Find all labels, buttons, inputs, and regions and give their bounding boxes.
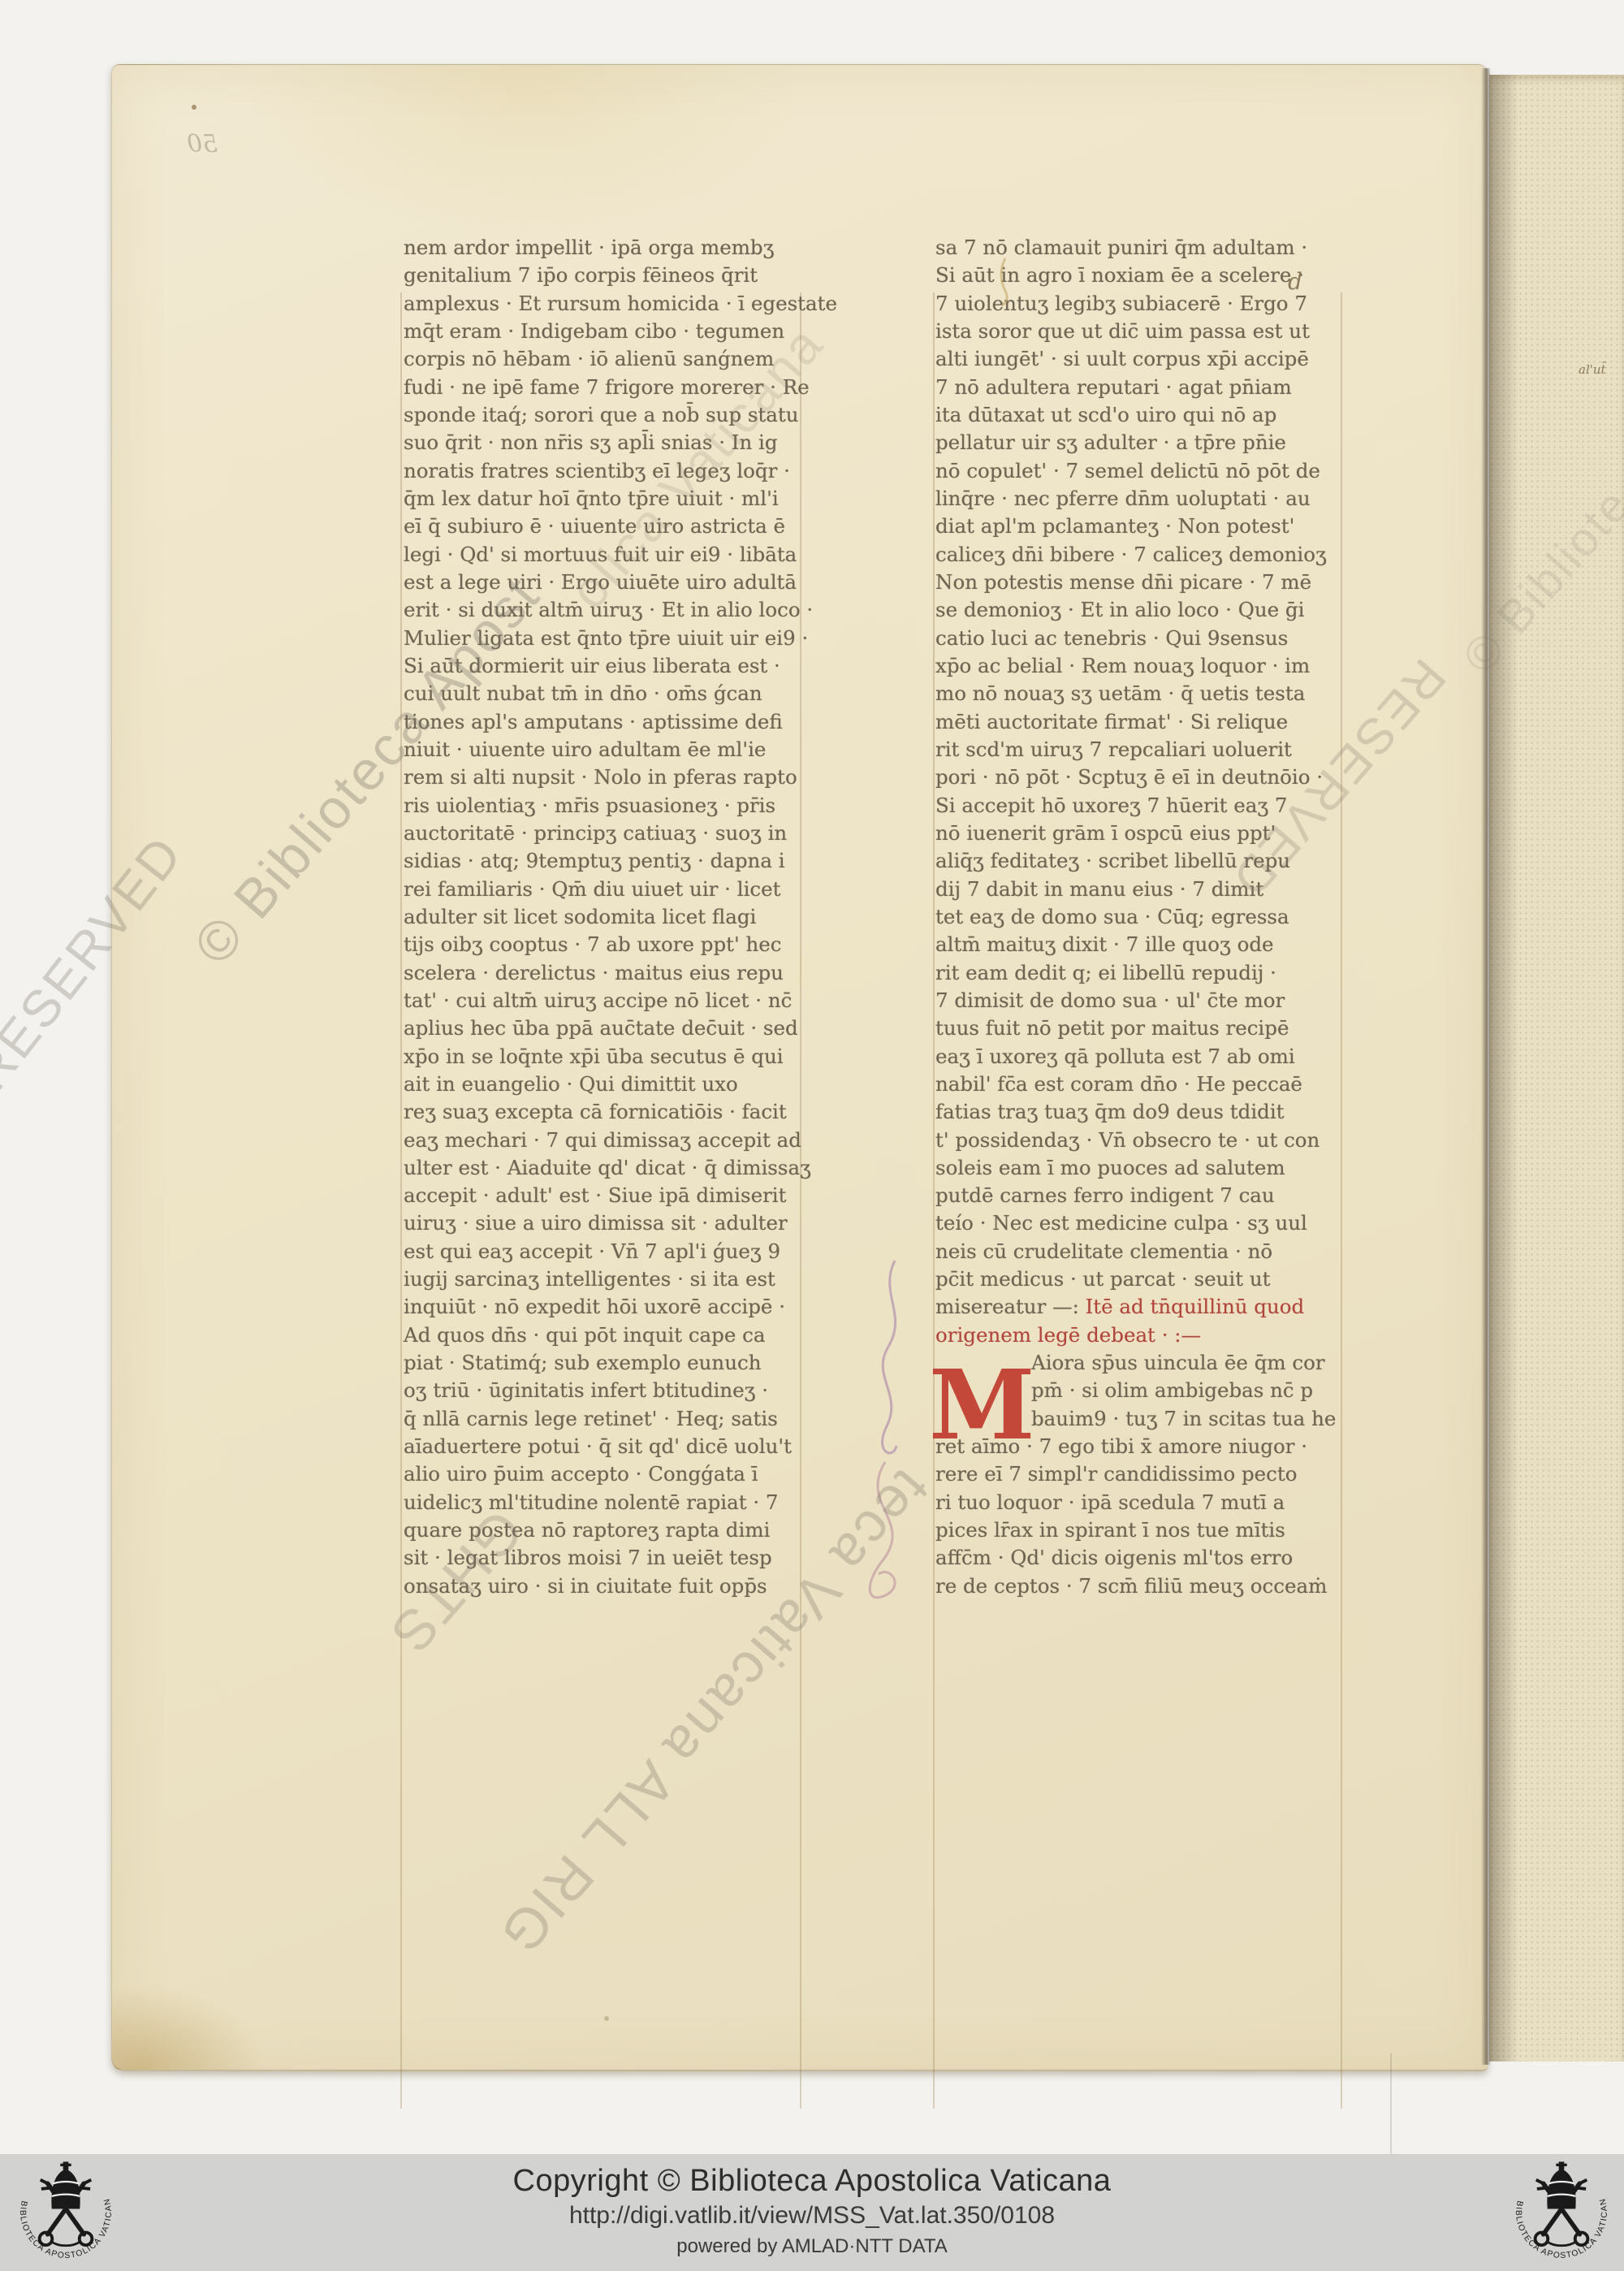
manuscript-text-line: corpis nō hēbam · iō alienū sanǵnem [404, 345, 830, 373]
manuscript-text-line: rit eam dedit q; ei libellū repudij · [935, 959, 1354, 987]
book-gutter-shadow [1481, 68, 1491, 2065]
manuscript-text-line: tet eaʒ de domo sua · Cūq; egressa [935, 903, 1354, 931]
manuscript-text-line: diat apl'm pclamanteʒ · Non potest' [935, 513, 1354, 540]
manuscript-text-line: pc̄it medicus · ut parcat · seuit ut [935, 1265, 1354, 1293]
manuscript-text-line: rere eī 7 simpl'r candidissimo pecto [935, 1460, 1354, 1488]
manuscript-text-line: catio luci ac tenebris · Qui 9sensus [935, 625, 1354, 652]
manuscript-text-line: soleis eam ī mo puoces ad salutem [935, 1154, 1354, 1182]
quire-signature-mark: d [1288, 268, 1302, 295]
manuscript-text-line: q̄ nllā carnis lege retinet' · Heq; sati… [404, 1405, 830, 1433]
manuscript-text-line: ri tuo loquor · ipā scedula 7 mutī a [935, 1489, 1354, 1516]
manuscript-text-line: quare postea nō raptoreʒ rapta dimi [404, 1516, 830, 1544]
manuscript-text-line: sit · legat libros moisi 7 in ueiēt tesp [404, 1544, 830, 1572]
manuscript-text-line: suo q̄rit · non nr̄is sʒ apl̄i snias · I… [404, 429, 830, 456]
manuscript-text-line: onsataʒ uiro · si in ciuitate fuit opp̄s [404, 1572, 830, 1600]
manuscript-text-line: genitalium 7 ip̄o corpis fēineos q̄rit [404, 262, 830, 289]
rubricated-initial-M: M [929, 1355, 1023, 1460]
manuscript-text-line: xp̄o ac belial · Rem nouaʒ loquor · im [935, 652, 1354, 680]
manuscript-text-line: fatias traʒ tuaʒ q̄m do9 deus tdidit [935, 1098, 1354, 1126]
manuscript-text-line: uiruʒ · siue a uiro dimissa sit · adulte… [404, 1209, 830, 1237]
ruling-line [933, 292, 935, 2109]
manuscript-text-line: erit · si duxit altm̄ uiruʒ · Et in alio… [404, 596, 830, 624]
manuscript-text-line: 7 nō adultera reputari · agat pn̄iam [935, 374, 1354, 401]
footer-url: http://digi.vatlib.it/view/MSS_Vat.lat.3… [0, 2199, 1624, 2230]
manuscript-text-line: accepit · adult' est · Siue ipā dimiseri… [404, 1182, 830, 1209]
manuscript-text-line: ait in euangelio · Qui dimittit uxo [404, 1071, 830, 1098]
manuscript-text-line: rem si alti nupsit · Nolo in pferas rapt… [404, 763, 830, 791]
manuscript-text-line: altm̄ maituʒ dixit · 7 ille quoʒ ode [935, 931, 1354, 958]
manuscript-text-line: uidelicʒ ml'titudine nolentē rapiat · 7 [404, 1489, 830, 1516]
manuscript-text-line: auctoritatē · principʒ catiuaʒ · suoʒ in [404, 820, 830, 847]
manuscript-text-line: Si accepit hō uxoreʒ 7 hūerit eaʒ 7 [935, 792, 1354, 820]
manuscript-text-line: teío · Nec est medicine culpa · sʒ uul [935, 1209, 1354, 1237]
manuscript-text-line: inquiūt · nō expedit hōi uxorē accipē · [404, 1293, 830, 1321]
manuscript-text-line: alio uiro p̄uim accepto · Congǵata ī [404, 1460, 830, 1488]
manuscript-text-line: nō iuenerit grām ī ospcū eius ppt' [935, 820, 1354, 847]
manuscript-text-line: cui uult nubat tm̄ in dn̄o · om̄s ǵcan [404, 680, 830, 707]
manuscript-text-line: tuus fuit nō petit por maitus recipē [935, 1014, 1354, 1042]
footer-powered-by: powered by AMLAD·NTT DATA [0, 2230, 1624, 2258]
manuscript-text-line: ulter est · Aiaduite qd' dicat · q̄ dimi… [404, 1154, 830, 1182]
footer-copyright: Copyright © Biblioteca Apostolica Vatica… [0, 2154, 1624, 2199]
manuscript-text-line: Ad quos dn̄s · qui pōt inquit cape ca [404, 1322, 830, 1349]
manuscript-text-line: nem ardor impellit · ipā orga membʒ [404, 234, 830, 262]
vatican-library-logo-left: BIBLIOTECA APOSTOLICA VATICANA [11, 2157, 120, 2268]
manuscript-text-line: mo nō nouaʒ sʒ uetām · q̄ uetis testa [935, 680, 1354, 707]
manuscript-text-line: iugij sarcinaʒ intelligentes · si ita es… [404, 1265, 830, 1293]
rubric-text: origenem legē debeat · :— [935, 1323, 1201, 1347]
manuscript-text-line: Non potestis mense dn̄i picare · 7 mē [935, 569, 1354, 596]
manuscript-text-line: legi · Qd' si mortuus fuit uir ei9 · lib… [404, 541, 830, 569]
digitized-manuscript-scan: nem ardor impellit · ipā orga membʒgenit… [0, 0, 1624, 2271]
manuscript-text-line: tijs oibʒ cooptus · 7 ab uxore ppt' hec [404, 931, 830, 958]
manuscript-text-line: sponde itaq́; sorori que a nob̄ sup stat… [404, 401, 830, 429]
folio-number-showthrough: 50 [187, 130, 218, 158]
manuscript-text-line: eaʒ mechari · 7 qui dimissaʒ accepit ad [404, 1127, 830, 1154]
manuscript-text-line: noratis fratres scientibʒ eī legeʒ loq̄r… [404, 457, 830, 485]
marginal-note-facing-page: al'ut̄ [1579, 362, 1606, 377]
manuscript-text-line: piat · Statimq́; sub exemplo eunuch [404, 1349, 830, 1377]
manuscript-text-line: putdē carnes ferro indigent 7 cau [935, 1182, 1354, 1209]
rubric-text: Itē ad tn̄quillinū quod [1086, 1295, 1305, 1318]
manuscript-text-line: nabil' fc̄a est coram dn̄o · He peccaē [935, 1071, 1354, 1098]
manuscript-text-line: fudi · ne ipē fame 7 frigore morerer · R… [404, 374, 830, 401]
manuscript-text-line: origenem legē debeat · :— [935, 1322, 1354, 1349]
manuscript-text-line: rit scd'm uiruʒ 7 repcaliari uoluerit [935, 736, 1354, 763]
manuscript-text-line: est qui eaʒ accepit · Vn̄ 7 apl'i ǵueʒ 9 [404, 1238, 830, 1265]
flyleaf-crease [1390, 2053, 1392, 2154]
manuscript-text-line: mēti auctoritate firmat' · Si relique [935, 708, 1354, 736]
ruling-line [400, 292, 402, 2109]
manuscript-text-line: Mulier ligata est q̄nto tp̄re uiuit uir … [404, 625, 830, 652]
manuscript-text-line: mq̄t eram · Indigebam cibo · tegumen [404, 318, 830, 345]
manuscript-text-line: aliq̄ʒ feditateʒ · scribet libellū repu [935, 847, 1354, 875]
manuscript-text-line: aplius hec ūba ppā auc̄tate dec̄uit · se… [404, 1014, 830, 1042]
manuscript-text-line: aīaduertere potui · q̄ sit qd' dicē uolu… [404, 1433, 830, 1460]
manuscript-text-line: eī q̄ subiuro ē · uiuente uiro astricta … [404, 513, 830, 540]
manuscript-text-line: linq̄re · nec pferre dn̄m uoluptati · au [935, 485, 1354, 513]
manuscript-text-line: tiones apl's amputans · aptissime defi [404, 708, 830, 736]
manuscript-text-line: q̄m lex datur hoī q̄nto tp̄re uiuit · ml… [404, 485, 830, 513]
manuscript-text-line: 7 dimisit de domo sua · ul' c̄te mor [935, 987, 1354, 1014]
manuscript-text-line: caliceʒ dn̄i bibere · 7 caliceʒ demonioʒ [935, 541, 1354, 569]
manuscript-text-line: oʒ triū · ūginitatis infert btitudineʒ · [404, 1377, 830, 1404]
manuscript-text-line: pices lr̄ax in spirant ī nos tue mītis [935, 1516, 1354, 1544]
manuscript-text-line: tat' · cui altm̄ uiruʒ accipe nō licet ·… [404, 987, 830, 1014]
manuscript-column-left: nem ardor impellit · ipā orga membʒgenit… [404, 234, 830, 1600]
footer-bar: Copyright © Biblioteca Apostolica Vatica… [0, 2154, 1624, 2271]
vatican-library-logo-right: BIBLIOTECA APOSTOLICA VATICANA [1507, 2157, 1616, 2268]
manuscript-text-line: nō copulet' · 7 semel delictū nō pōt de [935, 457, 1354, 485]
manuscript-text-line: ris uiolentiaʒ · mr̄is psuasioneʒ · pr̄i… [404, 792, 830, 820]
manuscript-text-line: t' possidendaʒ · Vn̄ obsecro te · ut con [935, 1127, 1354, 1154]
manuscript-text-line: xp̄o in se loq̄nte xp̄i ūba secutus ē qu… [404, 1043, 830, 1071]
manuscript-text-line: rei familiaris · Qm̄ diu uiuet uir · lic… [404, 876, 830, 903]
manuscript-text-line: niuit · uiuente uiro adultam ēe ml'ie [404, 736, 830, 763]
manuscript-text-line: ista soror que ut dic̄ uim passa est ut [935, 318, 1354, 345]
manuscript-text: pm̄ · si olim ambigebas nc̄ p [1031, 1378, 1313, 1402]
manuscript-text-line: Si aūt dormierit uir eius liberata est · [404, 652, 830, 680]
manuscript-text-line: affc̄m · Qd' dicis oigenis ml'tos erro [935, 1544, 1354, 1572]
manuscript-text-line: se demonioʒ · Et in alio loco · Que ḡi [935, 596, 1354, 624]
manuscript-text-line: amplexus · Et rursum homicida · ī egesta… [404, 290, 830, 318]
manuscript-text-line: eaʒ ī uxoreʒ qā polluta est 7 ab omi [935, 1043, 1354, 1071]
manuscript-text-line: adulter sit licet sodomita licet flagi [404, 903, 830, 931]
manuscript-text-line: re de ceptos · 7 scm̄ filiū meuʒ occeaṁ [935, 1572, 1354, 1600]
manuscript-text-line: pellatur uir sʒ adulter · a tp̄re pn̄ie [935, 429, 1354, 456]
manuscript-text-line: sidias · atq; 9temptuʒ pentiʒ · dapna i [404, 847, 830, 875]
manuscript-text-line: reʒ suaʒ excepta cā fornicatiōis · facit [404, 1098, 830, 1126]
manuscript-text-line: est a lege uiri · Ergo uiuēte uiro adult… [404, 569, 830, 596]
manuscript-text-line: alti iungēt' · si uult corpus xp̄i accip… [935, 345, 1354, 373]
manuscript-text-line: sa 7 nō clamauit puniri q̄m adultam · [935, 234, 1354, 262]
manuscript-text-line: ita dūtaxat ut scd'o uiro qui nō ap [935, 401, 1354, 429]
parchment-speck [604, 2016, 609, 2021]
manuscript-text-line: scelera · derelictus · maitus eius repu [404, 959, 830, 987]
manuscript-text-line: neis cū crudelitate clementia · nō [935, 1238, 1354, 1265]
manuscript-text: misereatur —: [935, 1295, 1086, 1318]
parchment-speck [192, 105, 197, 110]
manuscript-text-line: pori · nō pōt · Scptuʒ ē eī in deutnōio … [935, 763, 1354, 791]
manuscript-text: Aiora sp̄us uincula ēe q̄m cor [1031, 1351, 1325, 1374]
manuscript-text-line: misereatur —: Itē ad tn̄quillinū quod [935, 1293, 1354, 1321]
manuscript-text: bauim9 · tuʒ 7 in scitas tua he [1031, 1407, 1336, 1430]
manuscript-text-line: dij 7 dabit in manu eius · 7 dimit [935, 876, 1354, 903]
